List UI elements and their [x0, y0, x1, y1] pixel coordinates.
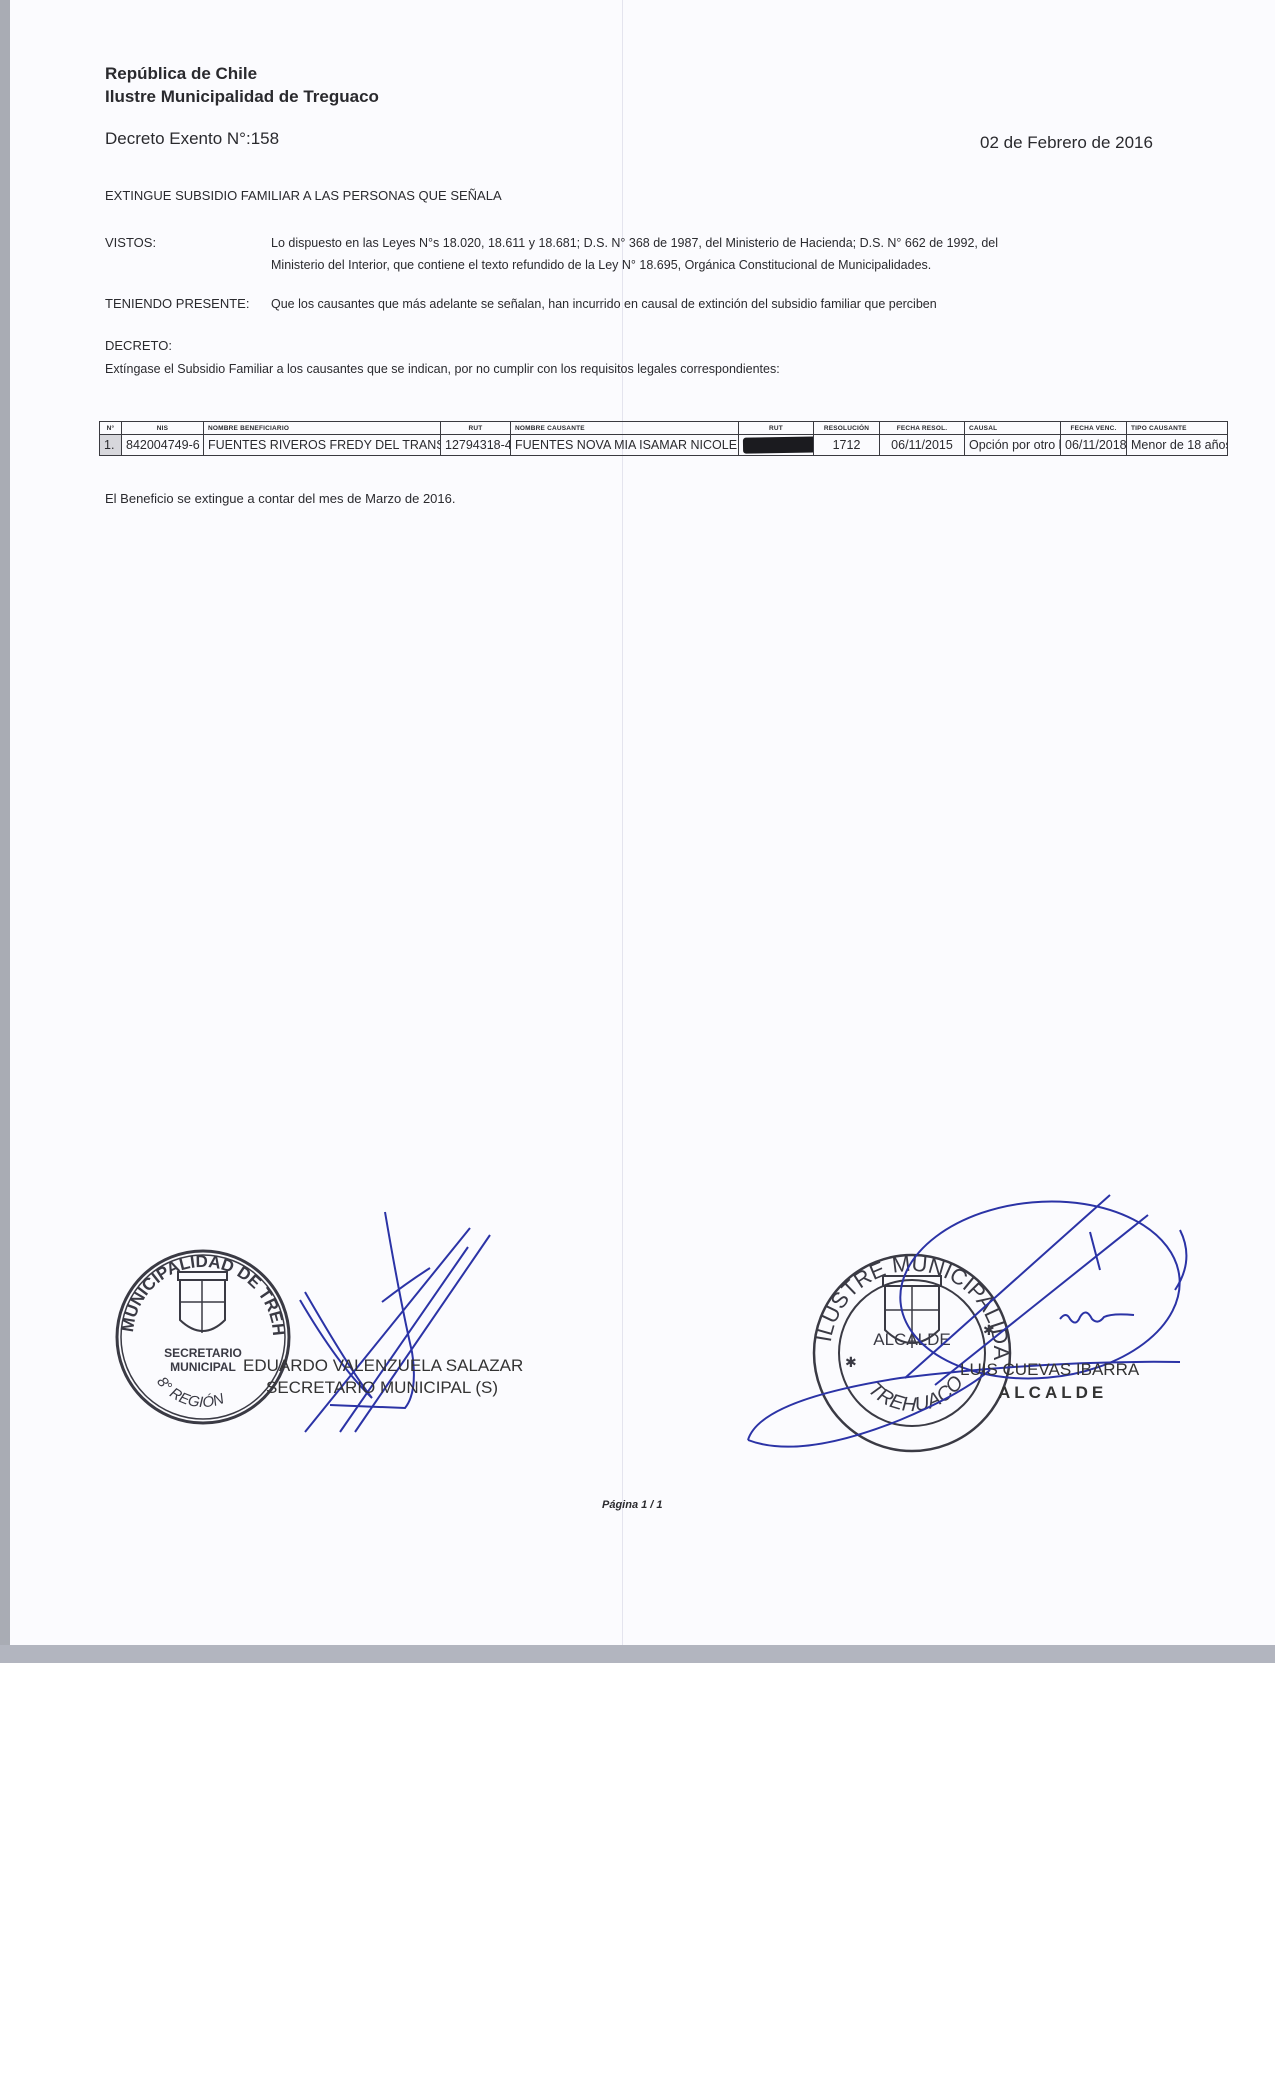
page-number: Página 1 / 1 — [602, 1499, 663, 1511]
stamp-inner-line2: MUNICIPAL — [170, 1360, 236, 1374]
stamp-inner-line1: SECRETARIO — [164, 1346, 242, 1360]
mayor-role: ALCALDE — [998, 1383, 1107, 1403]
stamp-bottom-text: 8° REGIÓN — [153, 1374, 226, 1412]
stamp-outer-text: ILUSTRE MUNICIPALIDAD — [0, 0, 1014, 1360]
secretary-signature — [300, 1212, 490, 1432]
svg-text:ILUSTRE MUNICIPALIDAD: ILUSTRE MUNICIPALIDAD — [0, 0, 1014, 1360]
star-icon: ✱ — [845, 1354, 857, 1370]
secretary-name: EDUARDO VALENZUELA SALAZAR — [243, 1356, 523, 1376]
mayor-stamp: ILUSTRE MUNICIPALIDAD TREHUACO ALCALDE ✱… — [0, 0, 1014, 1451]
mayor-name: LUIS CUEVAS IBARRA — [960, 1360, 1139, 1380]
secretary-role: SECRETARIO MUNICIPAL (S) — [266, 1378, 498, 1398]
mayor-signature — [748, 1190, 1187, 1447]
svg-text:8° REGIÓN: 8° REGIÓN — [153, 1374, 226, 1412]
stamps-and-signatures: MUNICIPALIDAD DE TREHUACO 8° REGIÓN SECR… — [0, 0, 1275, 2100]
svg-text:MUNICIPALIDAD DE TREHUACO: MUNICIPALIDAD DE TREHUACO — [0, 0, 288, 1337]
star-icon: ✱ — [983, 1322, 995, 1338]
stamp-outer-text: MUNICIPALIDAD DE TREHUACO — [0, 0, 288, 1337]
secretary-stamp: MUNICIPALIDAD DE TREHUACO 8° REGIÓN SECR… — [0, 0, 289, 1423]
